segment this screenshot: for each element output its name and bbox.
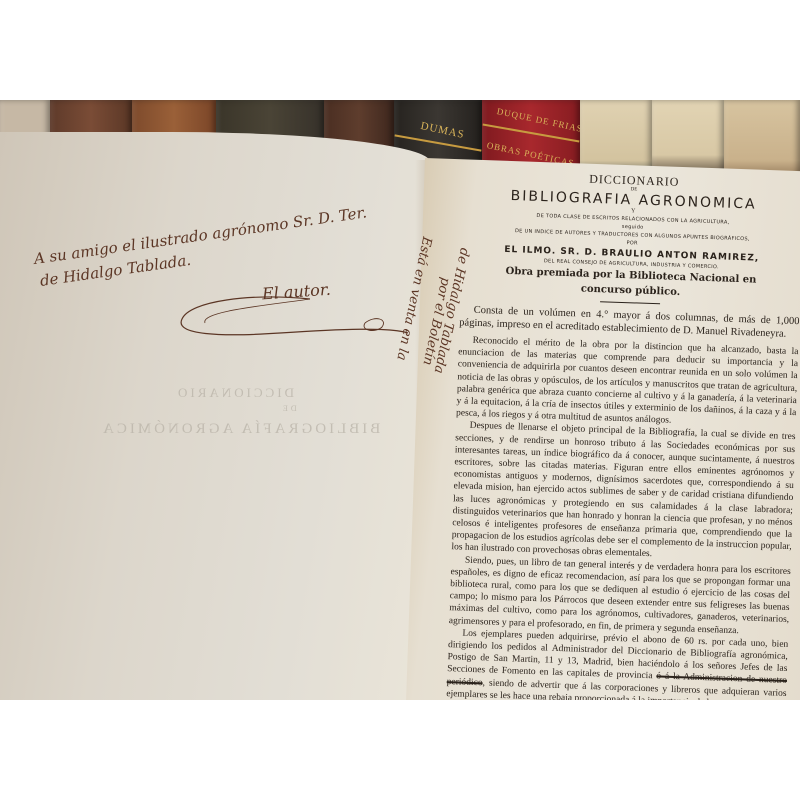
right-page: Está en venta en la por el Boletín de Hi… <box>405 158 800 700</box>
dedication-line-1: A su amigo el ilustrado agrónomo Sr. D. … <box>33 203 368 268</box>
signature-flourish-icon <box>160 287 410 347</box>
body-paragraph-4: Los ejemplares pueden adquirirse, prévio… <box>446 627 788 700</box>
left-page: A su amigo el ilustrado agrónomo Sr. D. … <box>0 132 430 700</box>
divider-rule <box>600 301 660 304</box>
body-paragraph-1: Reconocido el mérito de la obra por la d… <box>456 334 799 431</box>
show-through-line-2: DE <box>280 404 297 413</box>
body-paragraph-2: Despues de llenarse el objeto principal … <box>451 420 795 566</box>
body-paragraph-3: Siendo, pues, un libro de tan general in… <box>449 554 791 639</box>
show-through-line-1: DICCIONARIO <box>175 385 294 401</box>
spine-title: DUMAS <box>420 120 466 141</box>
printed-prospectus: DICCIONARIO DE BIBLIOGRAFIA AGRONOMICA Y… <box>446 163 800 700</box>
book-photo: DUMAS DUQUE DE FRIAS OBRAS POÉTICAS A su… <box>0 100 800 700</box>
body-text: Reconocido el mérito de la obra por la d… <box>446 334 799 700</box>
show-through-line-3: BIBLIOGRAFÍA AGRONÓMICA <box>100 421 380 438</box>
